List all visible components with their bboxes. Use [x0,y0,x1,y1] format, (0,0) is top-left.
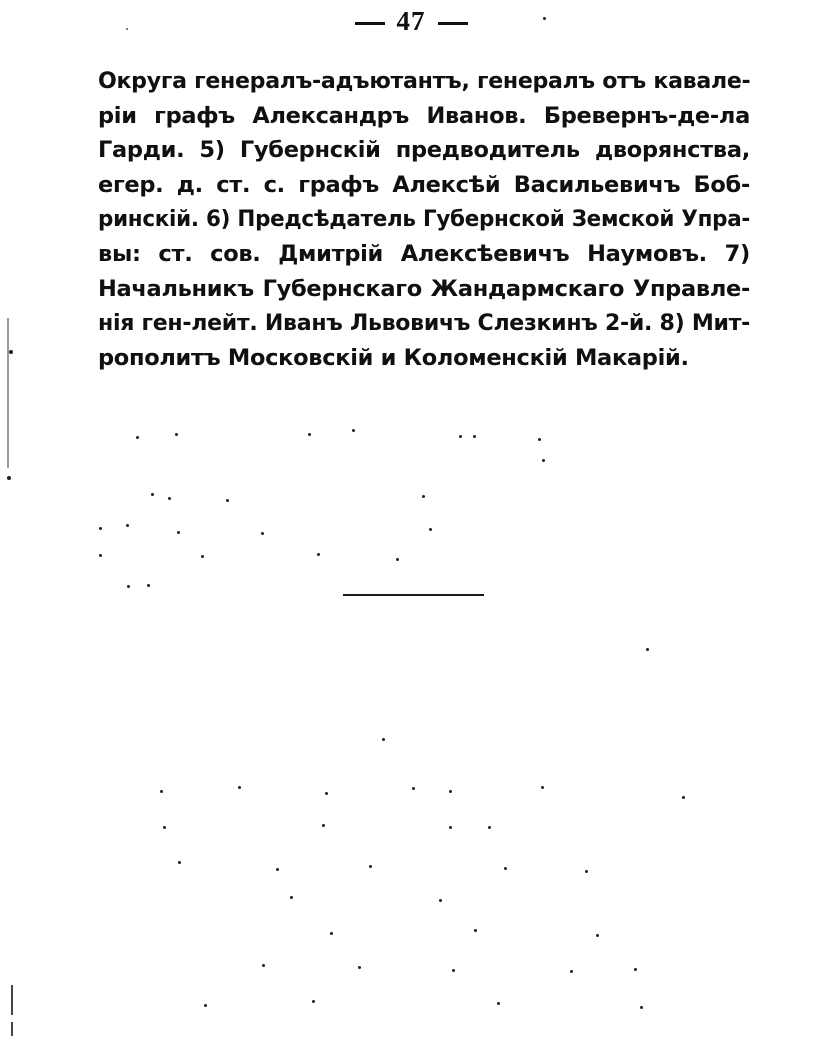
text-line: ріи графъ Александръ Иванов. Бревернъ-де… [98,99,750,134]
text-line: Начальникъ Губернскаго Жандармскаго Упра… [98,272,750,307]
scanned-book-page: 47 Округа генералъ-адъютантъ, генералъ о… [0,0,822,1040]
scan-speck [276,868,279,871]
binding-edge-mark [11,1022,13,1036]
scan-speck [412,787,415,790]
text-line: Гарди. 5) Губернскій предводитель дворян… [98,133,750,168]
scan-speck [322,824,325,827]
scan-speck [538,438,541,441]
scan-speck [541,786,544,789]
scan-speck [261,532,264,535]
scan-speck [136,436,139,439]
section-separator-rule [343,594,484,596]
scan-speck [634,968,637,971]
scan-speck [163,826,166,829]
text-line: вы: ст. сов. Дмитрій Алексѣевичъ Наумовъ… [98,237,750,272]
text-line: Округа генералъ-адъютантъ, генералъ отъ … [98,64,750,99]
scan-speck [201,555,204,558]
scan-speck [325,792,328,795]
scan-speck [262,964,265,967]
scan-speck [570,970,573,973]
scan-speck [151,493,154,496]
scan-speck [358,966,361,969]
scan-speck [449,790,452,793]
scan-speck [473,435,476,438]
scan-speck [429,528,432,531]
scan-speck [585,870,588,873]
scan-speck [449,826,452,829]
scan-speck [127,585,130,588]
scan-speck [126,28,128,30]
scan-speck [474,929,477,932]
scan-speck [396,558,399,561]
body-paragraph: Округа генералъ-адъютантъ, генералъ отъ … [98,64,750,375]
scan-speck [204,1004,207,1007]
scan-speck [543,17,546,20]
scan-speck [226,499,229,502]
scan-speck [369,865,372,868]
text-line: егер. д. ст. с. графъ Алексѣй Васильевич… [98,168,750,203]
scan-speck [497,1002,500,1005]
page-number-dash-right [438,22,468,25]
scan-speck [452,969,455,972]
scan-speck [422,495,425,498]
scan-speck [439,899,442,902]
scan-speck [160,790,163,793]
scan-speck [488,826,491,829]
binding-edge-mark [7,318,9,468]
page-number-value: 47 [397,6,426,36]
text-line: рополитъ Московскій и Коломенскій Макарі… [98,341,750,376]
binding-edge-mark [11,985,13,1015]
scan-speck [290,896,293,899]
scan-speck [382,738,385,741]
scan-speck [238,786,241,789]
scan-speck [99,554,102,557]
scan-speck [504,867,507,870]
scan-speck [330,932,333,935]
scan-speck [312,1000,315,1003]
text-line: ринскій. 6) Предсѣдатель Губернской Земс… [98,202,750,237]
page-number: 47 [0,6,822,37]
scan-speck [352,429,355,432]
scan-speck [646,648,649,651]
binding-edge-speck [9,350,13,354]
scan-speck [317,553,320,556]
scan-speck [542,459,545,462]
scan-speck [640,1006,643,1009]
scan-speck [147,584,150,587]
scan-speck [99,527,102,530]
scan-speck [596,934,599,937]
scan-speck [178,861,181,864]
scan-speck [308,433,311,436]
scan-speck [168,497,171,500]
scan-speck [459,435,462,438]
page-number-dash-left [355,22,385,25]
text-line: нія ген-лейт. Иванъ Львовичъ Слезкинъ 2-… [98,306,750,341]
scan-speck [177,531,180,534]
scan-speck [682,796,685,799]
binding-edge-speck [7,476,11,480]
scan-speck [126,524,129,527]
scan-speck [175,433,178,436]
